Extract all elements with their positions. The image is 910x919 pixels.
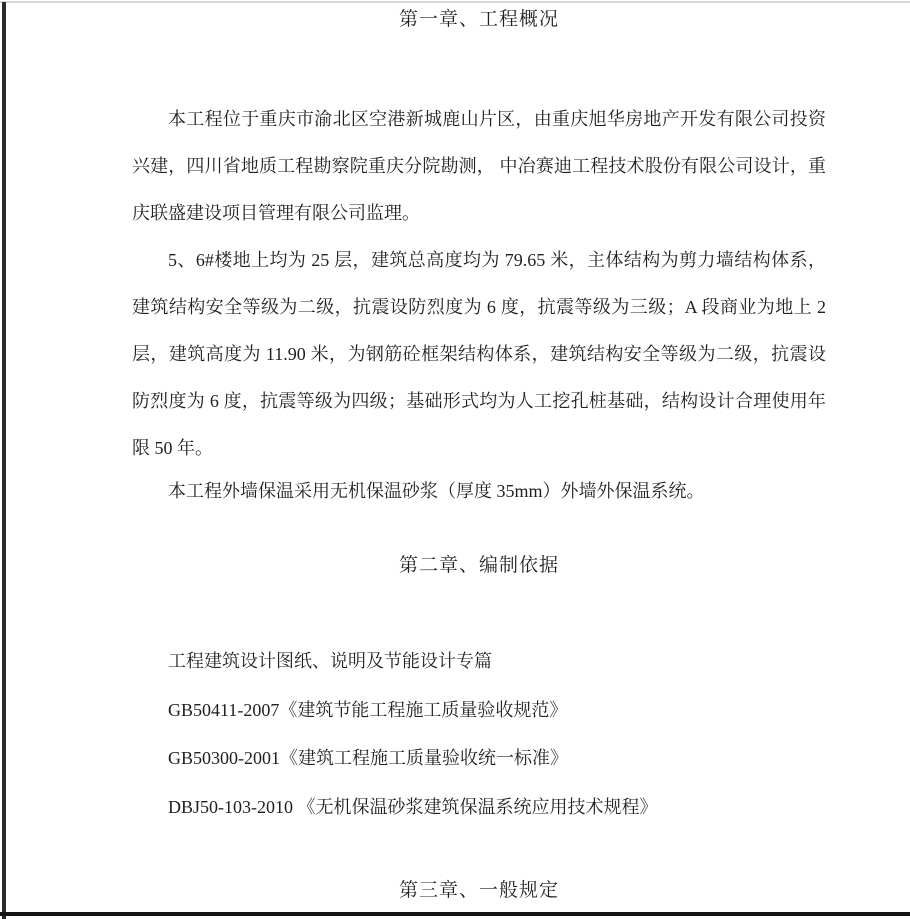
paragraph-insulation-system: 本工程外墙保温采用无机保温砂浆（厚度 35mm）外墙外保温系统。 bbox=[132, 468, 826, 515]
project-location-block: 本工程位于重庆市渝北区空港新城鹿山片区，由重庆旭华房地产开发有限公司投资兴建，四… bbox=[132, 96, 826, 237]
reference-item-design-drawings: 工程建筑设计图纸、说明及节能设计专篇 bbox=[132, 637, 826, 686]
page-left-edge bbox=[2, 2, 6, 919]
paragraph-structure-details: 5、6#楼地上均为 25 层，建筑总高度均为 79.65 米，主体结构为剪力墙结… bbox=[132, 237, 826, 472]
paragraph-project-parties: 本工程位于重庆市渝北区空港新城鹿山片区，由重庆旭华房地产开发有限公司投资兴建，四… bbox=[132, 96, 826, 237]
reference-item-dbj50: DBJ50-103-2010 《无机保温砂浆建筑保温系统应用技术规程》 bbox=[132, 783, 826, 832]
page-top-edge bbox=[0, 1, 910, 3]
chapter2-heading: 第二章、编制依据 bbox=[132, 552, 826, 580]
insulation-system-block: 本工程外墙保温采用无机保温砂浆（厚度 35mm）外墙外保温系统。 bbox=[132, 468, 826, 515]
page-bottom-edge bbox=[0, 912, 910, 916]
references-list: 工程建筑设计图纸、说明及节能设计专篇 GB50411-2007《建筑节能工程施工… bbox=[132, 637, 826, 831]
chapter1-heading: 第一章、工程概况 bbox=[132, 6, 826, 34]
reference-item-gb50300: GB50300-2001《建筑工程施工质量验收统一标准》 bbox=[132, 734, 826, 783]
chapter3-heading: 第三章、一般规定 bbox=[132, 877, 826, 905]
building-structure-block: 5、6#楼地上均为 25 层，建筑总高度均为 79.65 米，主体结构为剪力墙结… bbox=[132, 237, 826, 472]
document-page: 第一章、工程概况 本工程位于重庆市渝北区空港新城鹿山片区，由重庆旭华房地产开发有… bbox=[0, 0, 910, 919]
reference-item-gb50411: GB50411-2007《建筑节能工程施工质量验收规范》 bbox=[132, 686, 826, 735]
